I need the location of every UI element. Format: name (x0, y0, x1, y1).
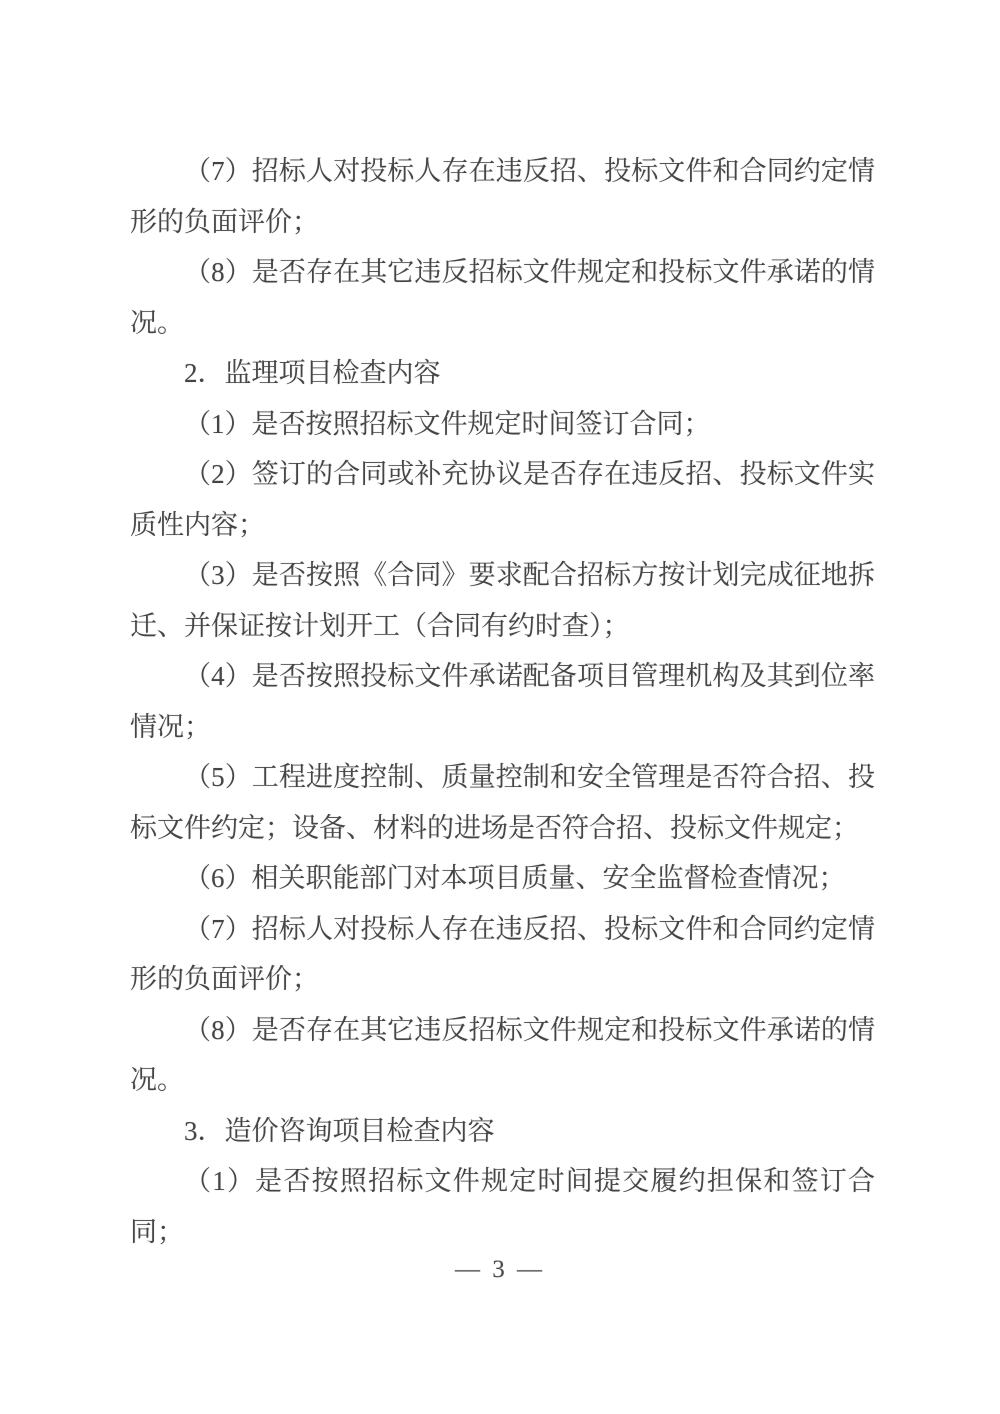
paragraph: 2．监理项目检查内容 (130, 348, 875, 399)
paragraph: （7）招标人对投标人存在违反招、投标文件和合同约定情形的负面评价； (130, 146, 875, 247)
paragraph: 3．造价咨询项目检查内容 (130, 1106, 875, 1157)
paragraph: （8）是否存在其它违反招标文件规定和投标文件承诺的情况。 (130, 247, 875, 348)
paragraph: （1）是否按照招标文件规定时间提交履约担保和签订合同； (130, 1156, 875, 1257)
page-number: — 3 — (0, 1256, 1000, 1284)
paragraph: （5）工程进度控制、质量控制和安全管理是否符合招、投标文件约定；设备、材料的进场… (130, 752, 875, 853)
paragraph-list: （7）招标人对投标人存在违反招、投标文件和合同约定情形的负面评价；（8）是否存在… (130, 146, 875, 1257)
paragraph: （3）是否按照《合同》要求配合招标方按计划完成征地拆迁、并保证按计划开工（合同有… (130, 550, 875, 651)
paragraph: （4）是否按照投标文件承诺配备项目管理机构及其到位率情况； (130, 651, 875, 752)
paragraph: （8）是否存在其它违反招标文件规定和投标文件承诺的情况。 (130, 1005, 875, 1106)
paragraph: （2）签订的合同或补充协议是否存在违反招、投标文件实质性内容； (130, 449, 875, 550)
paragraph: （7）招标人对投标人存在违反招、投标文件和合同约定情形的负面评价； (130, 904, 875, 1005)
paragraph: （6）相关职能部门对本项目质量、安全监督检查情况； (130, 853, 875, 904)
paragraph: （1）是否按照招标文件规定时间签订合同； (130, 399, 875, 450)
document-page: （7）招标人对投标人存在违反招、投标文件和合同约定情形的负面评价；（8）是否存在… (0, 0, 1000, 1414)
